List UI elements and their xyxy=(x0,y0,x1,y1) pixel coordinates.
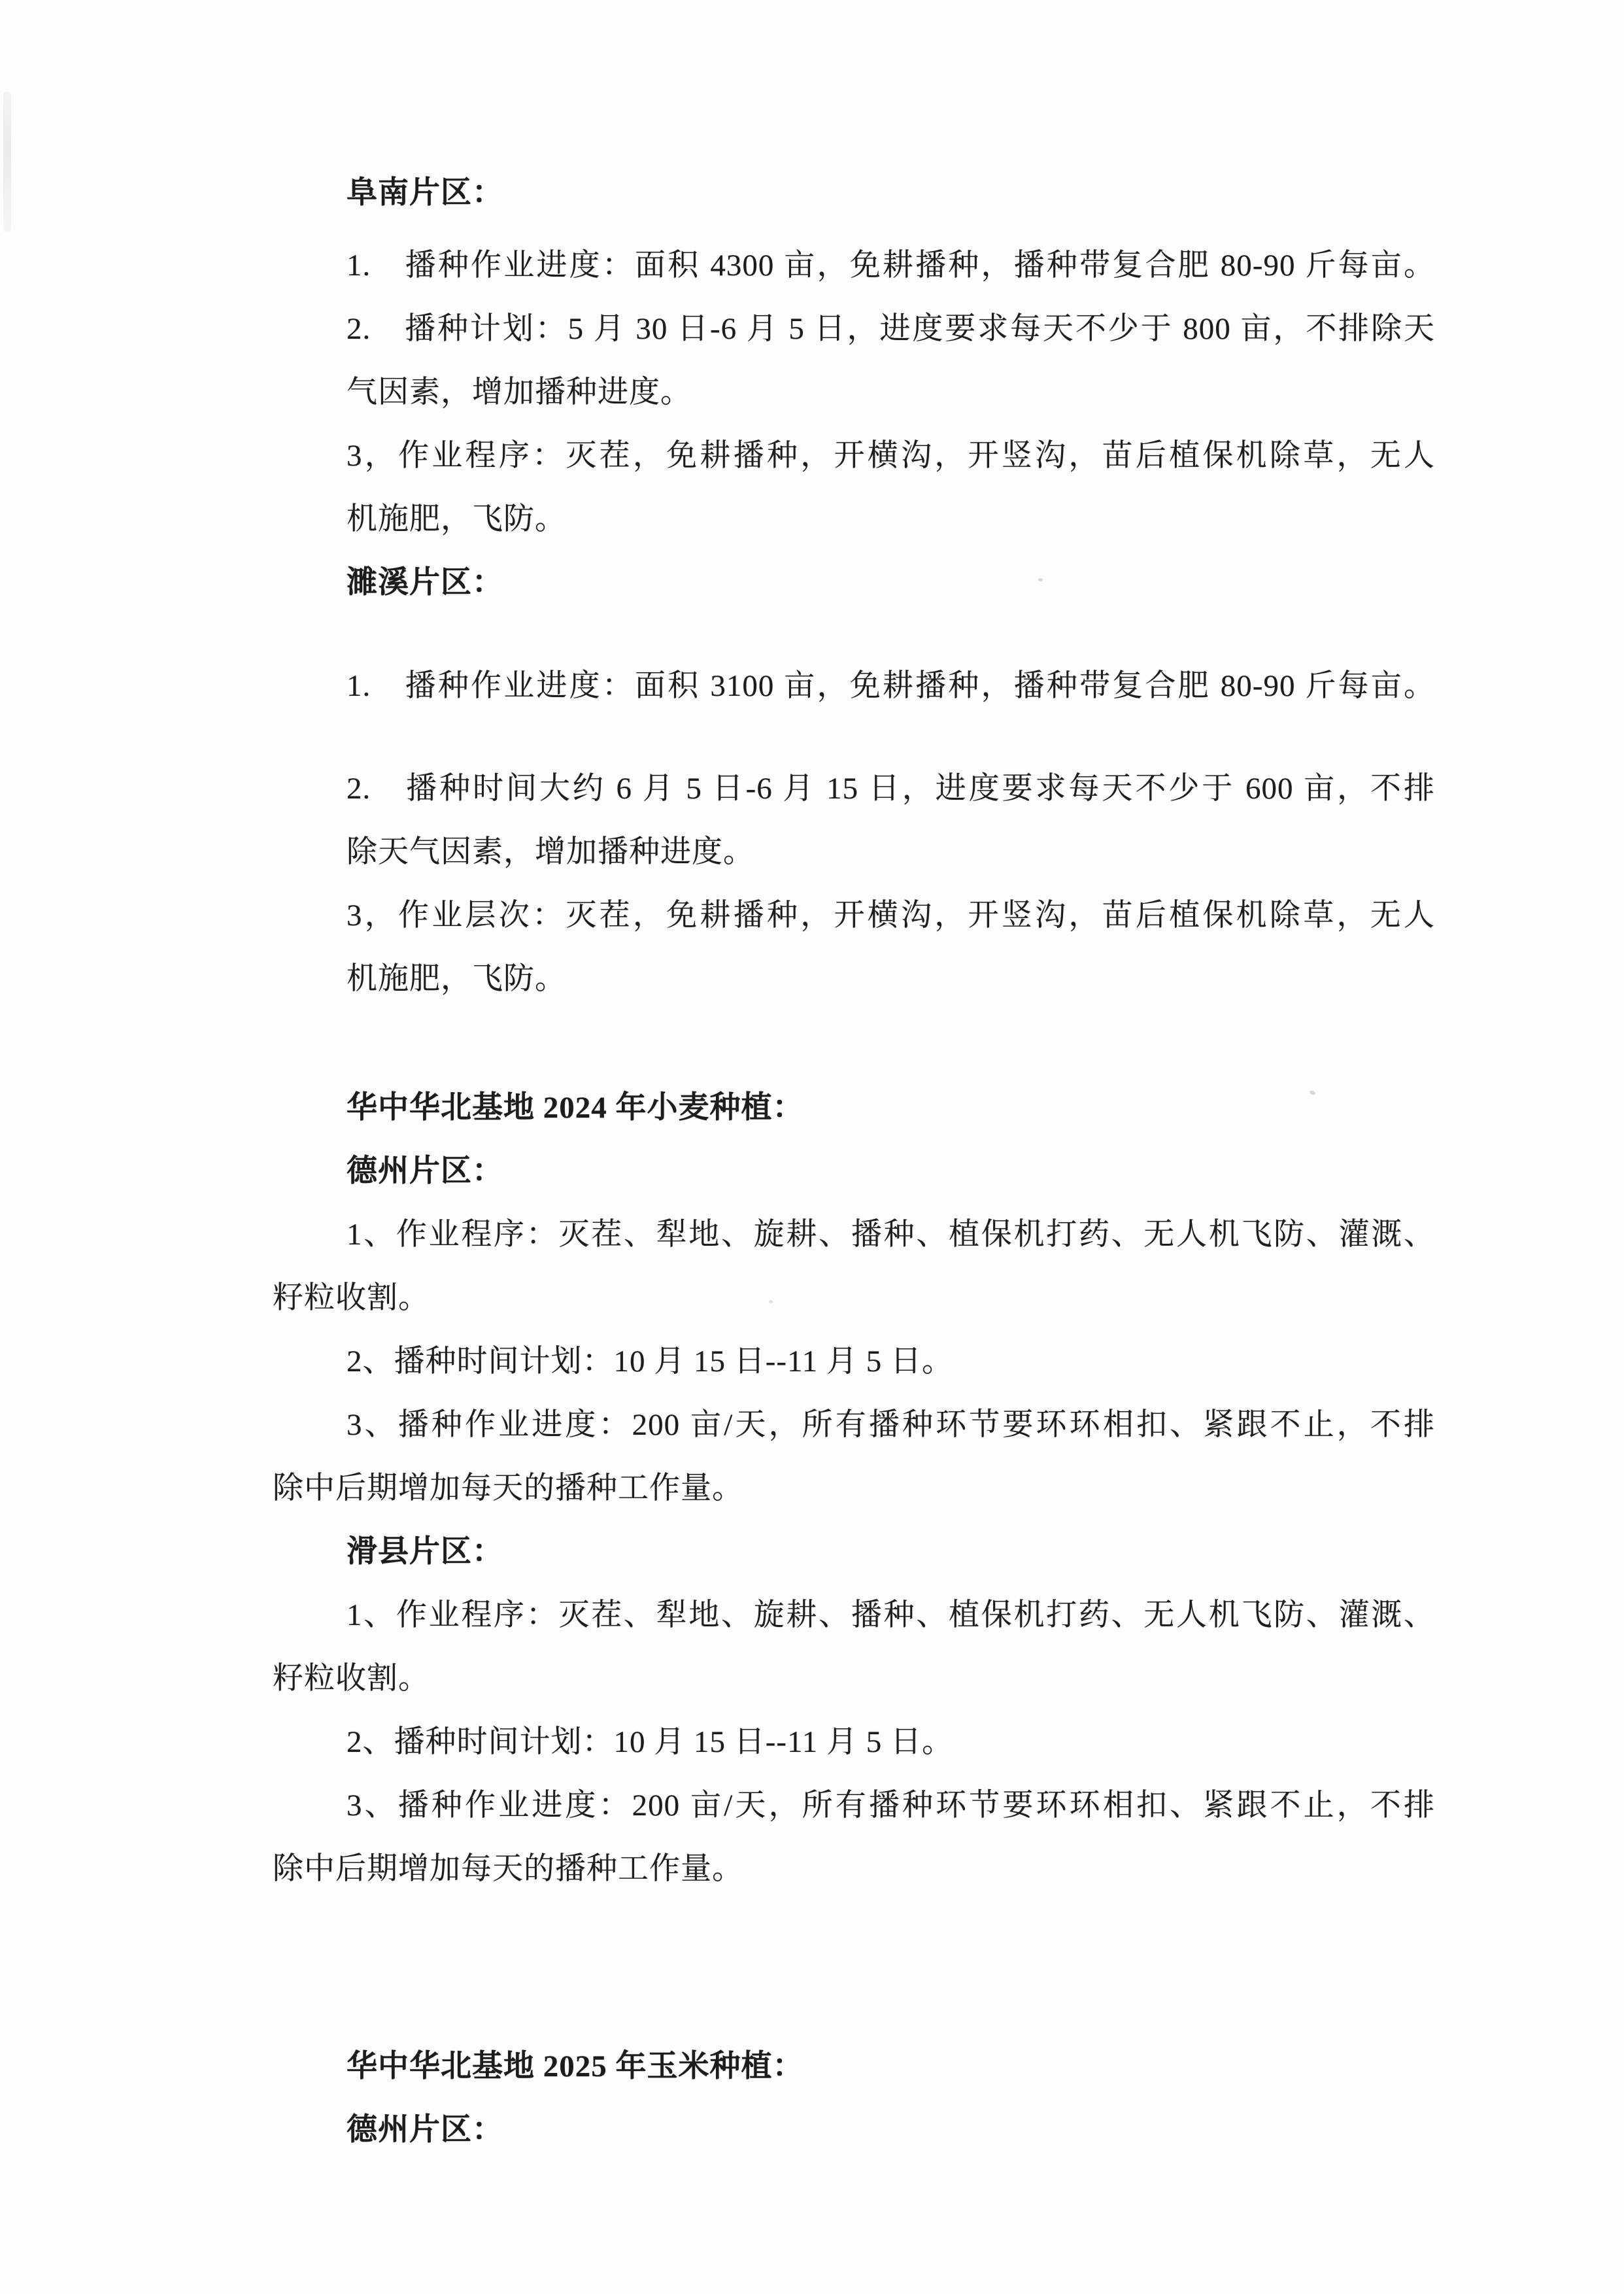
wheat-2024-title: 华中华北基地 2024 年小麦种植： xyxy=(347,1076,1624,1140)
funan-item-2-line-2: 气因素，增加播种进度。 xyxy=(347,361,1624,424)
wheat-dezhou-item-3-line-1: 3、播种作业进度：200 亩/天，所有播种环节要环环相扣、紧跟不止，不排 xyxy=(347,1394,1435,1457)
wheat-huaxian-item-3-line-2: 除中后期增加每天的播种工作量。 xyxy=(273,1838,1624,1901)
corn-dezhou-heading: 德州片区： xyxy=(347,2098,1624,2162)
wheat-huaxian-item-1-line-2: 籽粒收割。 xyxy=(273,1647,1624,1711)
suixi-item-2-line-1: 2. 播种时间大约 6 月 5 日-6 月 15 日，进度要求每天不少于 600… xyxy=(347,757,1435,821)
scan-edge-streak xyxy=(3,92,11,232)
scan-speck xyxy=(1038,578,1043,581)
funan-section-heading: 阜南片区： xyxy=(347,162,1624,225)
suixi-item-1: 1. 播种作业进度：面积 3100 亩，免耕播种，播种带复合肥 80-90 斤每… xyxy=(347,655,1435,718)
funan-item-1: 1. 播种作业进度：面积 4300 亩，免耕播种，播种带复合肥 80-90 斤每… xyxy=(347,234,1435,298)
funan-item-3-line-1: 3，作业程序：灭茬，免耕播种，开横沟，开竖沟，苗后植保机除草，无人 xyxy=(347,424,1435,488)
wheat-huaxian-item-3-line-1: 3、播种作业进度：200 亩/天，所有播种环节要环环相扣、紧跟不止，不排 xyxy=(347,1774,1435,1838)
suixi-item-3-line-2: 机施肥，飞防。 xyxy=(347,948,1624,1011)
suixi-item-3-line-1: 3，作业层次：灭茬，免耕播种，开横沟，开竖沟，苗后植保机除草，无人 xyxy=(347,884,1435,948)
funan-item-2-line-1: 2. 播种计划：5 月 30 日-6 月 5 日，进度要求每天不少于 800 亩… xyxy=(347,298,1435,361)
wheat-huaxian-heading: 滑县片区： xyxy=(347,1520,1624,1584)
wheat-huaxian-item-1-line-1: 1、作业程序：灭茬、犁地、旋耕、播种、植保机打药、无人机飞防、灌溉、 xyxy=(347,1584,1435,1647)
funan-item-3-line-2: 机施肥，飞防。 xyxy=(347,488,1624,551)
wheat-dezhou-item-3-line-2: 除中后期增加每天的播种工作量。 xyxy=(273,1457,1624,1520)
wheat-dezhou-item-2: 2、播种时间计划：10 月 15 日--11 月 5 日。 xyxy=(347,1330,1624,1394)
wheat-dezhou-item-1-line-2: 籽粒收割。 xyxy=(273,1267,1624,1330)
suixi-item-2-line-2: 除天气因素，增加播种进度。 xyxy=(347,821,1624,884)
corn-2025-title: 华中华北基地 2025 年玉米种植： xyxy=(347,2035,1624,2098)
scanned-document-page: 阜南片区： 1. 播种作业进度：面积 4300 亩，免耕播种，播种带复合肥 80… xyxy=(0,0,1624,2294)
suixi-section-heading: 濉溪片区： xyxy=(347,551,1624,615)
scan-speck xyxy=(769,1300,773,1303)
wheat-huaxian-item-2: 2、播种时间计划：10 月 15 日--11 月 5 日。 xyxy=(347,1711,1624,1774)
wheat-dezhou-item-1-line-1: 1、作业程序：灭茬、犁地、旋耕、播种、植保机打药、无人机飞防、灌溉、 xyxy=(347,1203,1435,1267)
wheat-dezhou-heading: 德州片区： xyxy=(347,1140,1624,1203)
